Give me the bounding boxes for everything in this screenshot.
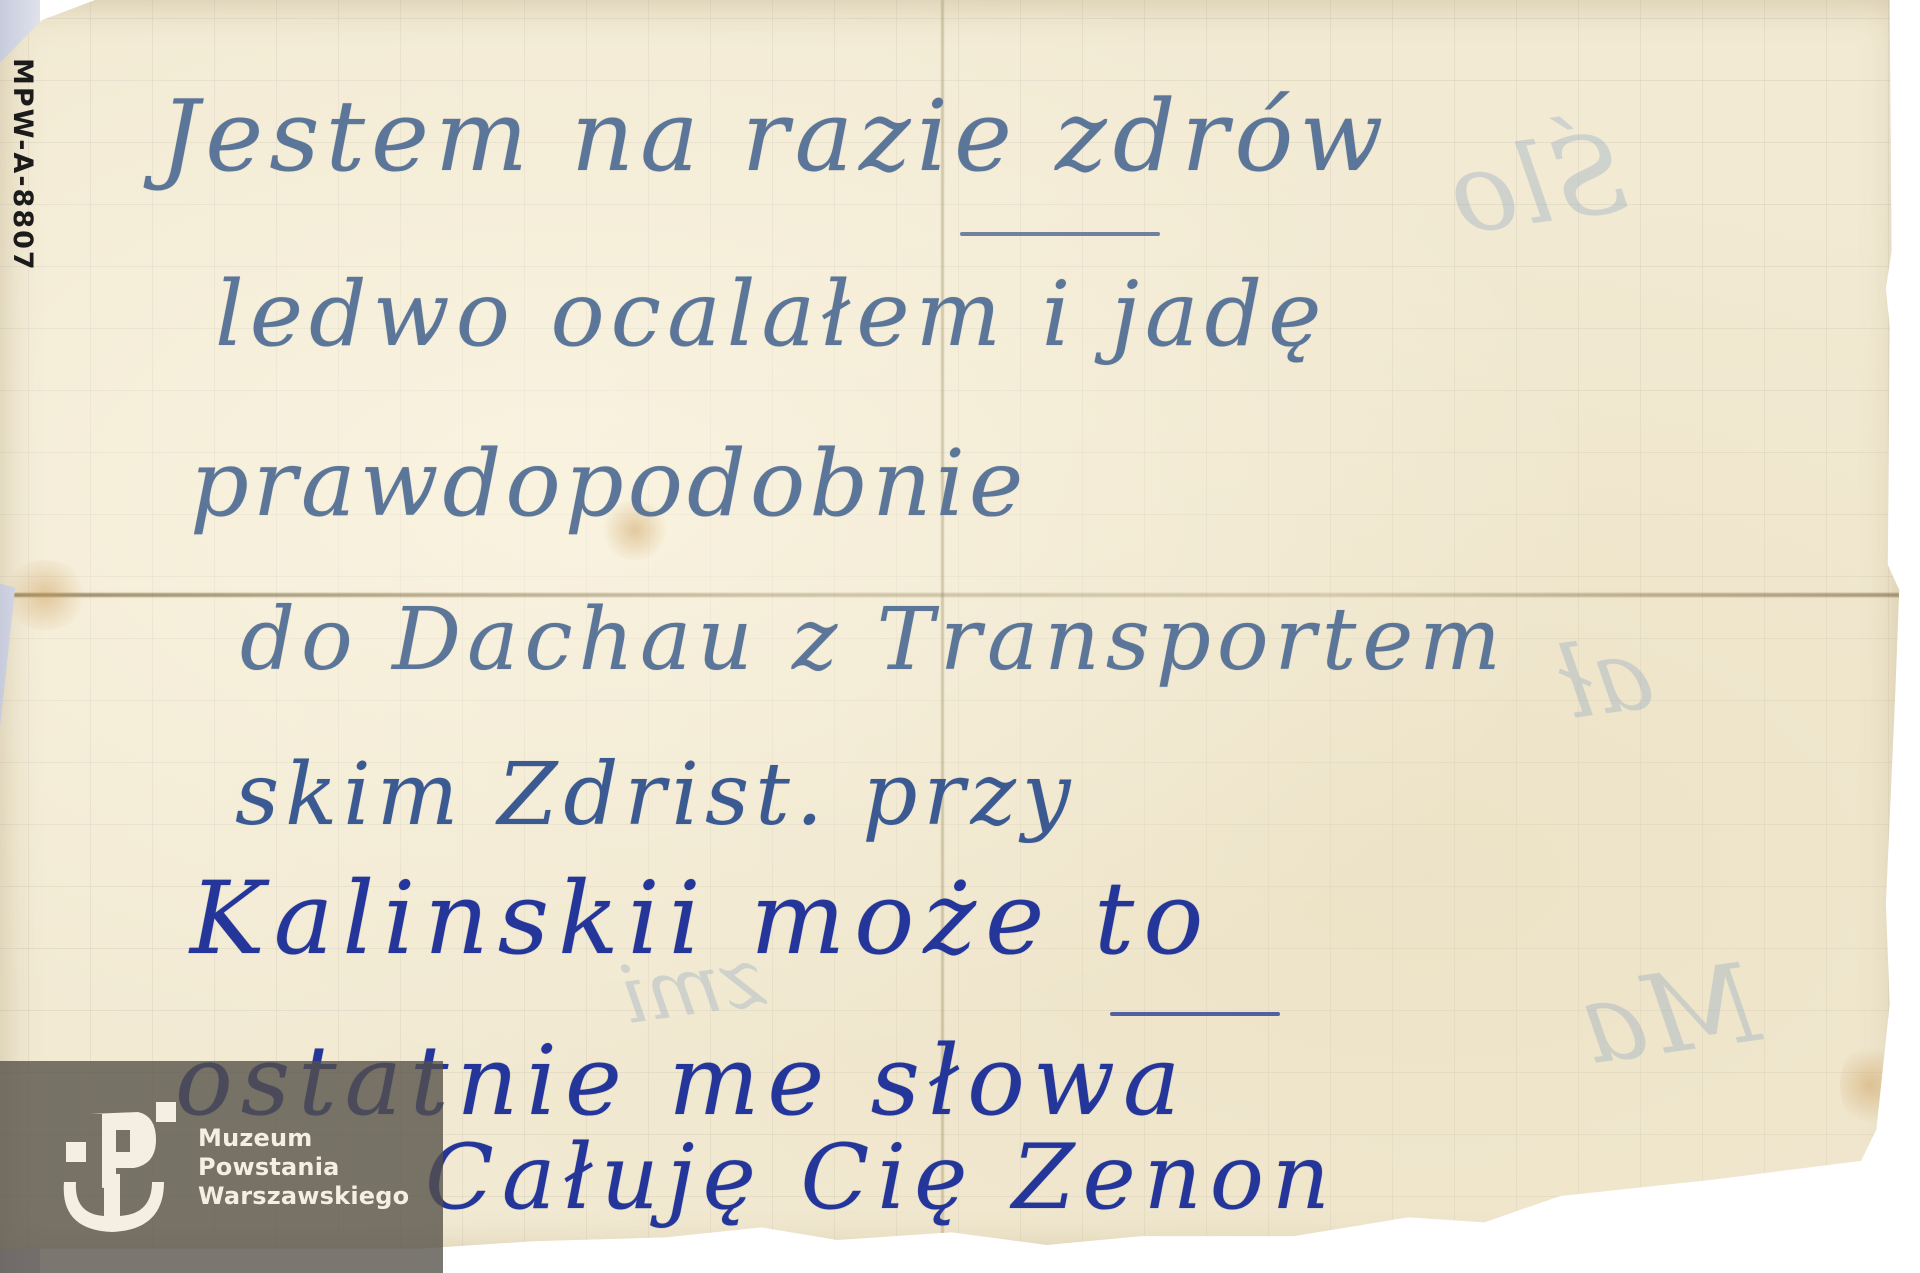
letter-line-2: ledwo ocalałem i jadę	[215, 262, 1327, 367]
museum-name-line-3: Warszawskiego	[198, 1182, 409, 1211]
kotwica-anchor-logo-icon	[60, 1102, 180, 1232]
pen-stroke	[1110, 1012, 1280, 1016]
museum-watermark: Muzeum Powstania Warszawskiego	[0, 1061, 443, 1273]
letter-line-3: prawdopodobnie	[190, 430, 1027, 537]
museum-name-line-1: Muzeum	[198, 1124, 409, 1153]
letter-line-6: Kalinskii może to	[190, 860, 1212, 977]
letter-line-8-signature: Całuję Cię Zenon	[425, 1125, 1338, 1230]
letter-line-5: skim Zdrist. przy	[235, 745, 1076, 845]
letter-line-4: do Dachau z Transportem	[240, 590, 1507, 690]
pen-stroke	[960, 232, 1160, 236]
museum-name: Muzeum Powstania Warszawskiego	[198, 1124, 409, 1211]
letter-line-1: Jestem na razie zdrów	[160, 80, 1389, 194]
museum-name-line-2: Powstania	[198, 1153, 409, 1182]
